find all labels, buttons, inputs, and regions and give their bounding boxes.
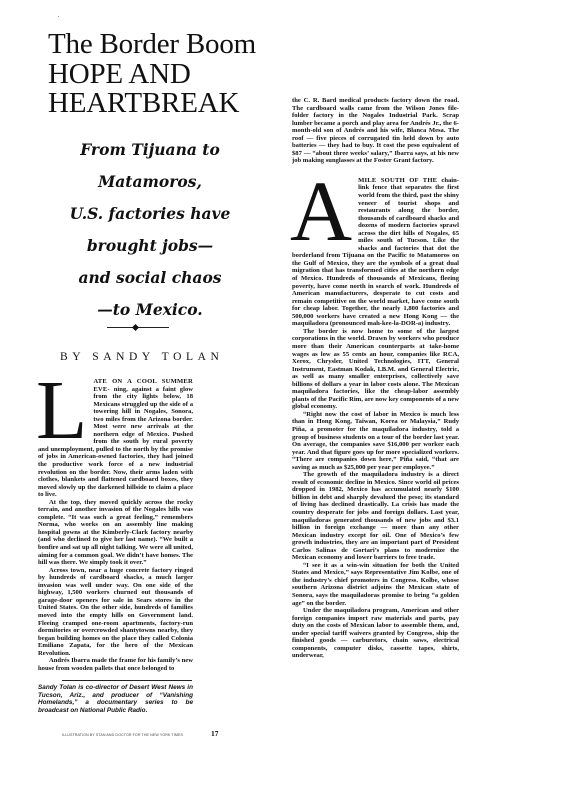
deck-line: Matamoros, xyxy=(40,166,260,198)
article-paragraph: Across town, near a huge concrete factor… xyxy=(38,567,193,658)
deck-line: brought jobs— xyxy=(40,230,260,262)
byline: BY SANDY TOLAN xyxy=(60,351,223,363)
headline: The Border Boom HOPE AND HEARTBREAK xyxy=(48,30,268,118)
page-number: 17 xyxy=(211,729,219,738)
headline-line-2: HOPE AND xyxy=(48,60,268,89)
deck-line: U.S. factories have xyxy=(40,198,260,230)
article-paragraph: the C. R. Bard medical products factory … xyxy=(292,97,459,165)
deck-line: and social chaos xyxy=(40,262,260,294)
deck-line: —to Mexico. xyxy=(40,294,260,326)
headline-kicker: The Border Boom xyxy=(48,30,268,59)
drop-cap: A xyxy=(290,177,352,245)
deck-line: From Tijuana to xyxy=(40,134,260,166)
drop-cap: L xyxy=(36,378,87,444)
lead-in: MILE SOUTH OF THE xyxy=(358,177,437,184)
article-paragraph: The border is now home to some of the la… xyxy=(292,328,459,411)
article-paragraph: “I see it as a win-win situation for bot… xyxy=(292,562,459,607)
deck-subtitle: From Tijuana to Matamoros, U.S. factorie… xyxy=(40,134,260,326)
headline-line-3: HEARTBREAK xyxy=(48,89,268,118)
article-paragraph: At the top, they moved quickly across th… xyxy=(38,499,193,567)
diamond-icon xyxy=(132,324,139,331)
article-paragraph: Andrés Ibarra made the frame for his fam… xyxy=(38,657,193,672)
article-paragraph: “Right now the cost of labor in Mexico i… xyxy=(292,411,459,471)
article-column-1: L ATE ON A COOL SUMMER EVE- ning, agains… xyxy=(38,378,193,672)
author-bio: Sandy Tolan is co-director of Desert Wes… xyxy=(38,684,193,714)
article-paragraph: The growth of the maquiladora industry i… xyxy=(292,471,459,562)
illustration-credit: ILLUSTRATION BY STAN AND DOCTOR FOR THE … xyxy=(62,733,183,737)
divider-ornament-icon xyxy=(107,326,169,330)
article-column-2: the C. R. Bard medical products factory … xyxy=(292,97,459,660)
bio-rule xyxy=(62,680,192,681)
article-paragraph: Under the maquiladora program, American … xyxy=(292,607,459,660)
magazine-page: The Border Boom HOPE AND HEARTBREAK From… xyxy=(0,0,581,800)
scan-speck xyxy=(58,16,59,17)
